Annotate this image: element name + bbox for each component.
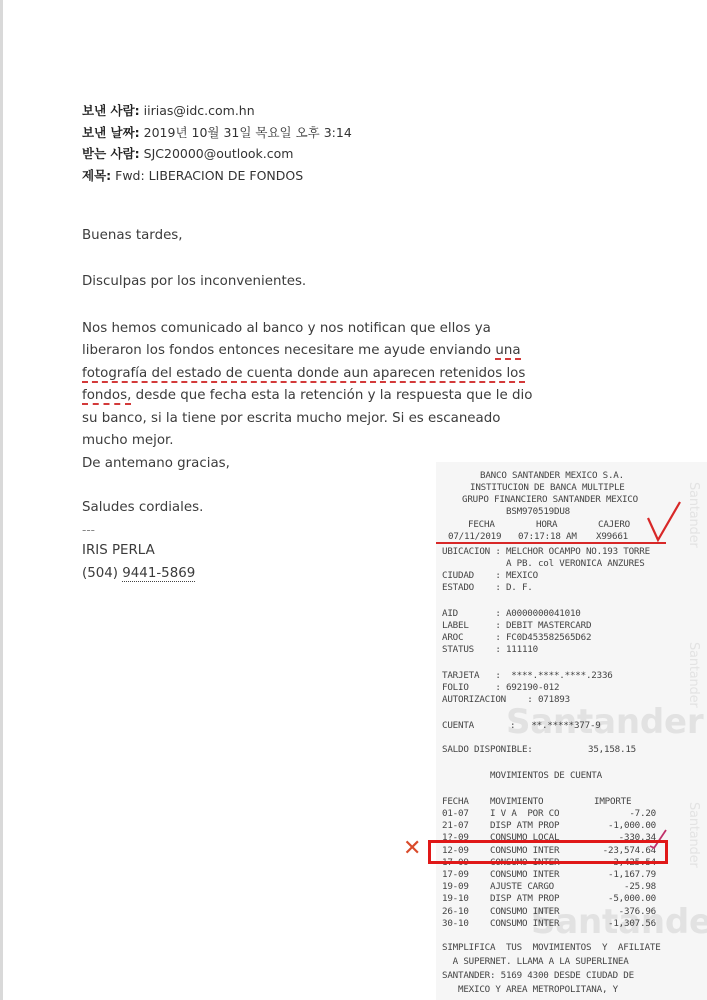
header-to: 받는 사람: SJC20000@outlook.com [82,143,542,165]
transaction-line: FOLIO : 692190-012 [442,682,559,694]
email-header: 보낸 사람: iirias@idc.com.hn 보낸 날짜: 2019년 10… [82,100,542,186]
signature-phone-line: (504) 9441-5869 [82,566,195,581]
movement-movimiento: CONSUMO INTER [490,906,559,918]
col-movimiento: MOVIMIENTO [490,796,543,808]
card-info-line: STATUS : 111110 [442,644,538,656]
phone-prefix: (504) [82,566,122,581]
saldo-value: 35,158.15 [588,744,636,756]
signature-separator: --- [82,523,95,537]
red-underline [436,542,666,544]
paragraph-part2: desde que fecha esta la retención y la r… [82,388,532,448]
transaction-line: TARJETA : ****.****.****.2336 [442,670,613,682]
saldo-label: SALDO DISPONIBLE: [442,744,533,756]
location-line: A PB. col VERONICA ANZURES [442,558,645,570]
phone-number[interactable]: 9441-5869 [122,566,195,582]
movement-fecha: 19-10 [442,893,469,905]
movement-fecha: 30-10 [442,918,469,930]
footer-line: SANTANDER: 5169 4300 DESDE CIUDAD DE [442,970,634,982]
cajero-label: CAJERO [598,519,630,531]
check-mark-icon [644,500,684,545]
col-importe: IMPORTE [594,796,631,808]
date-value: 2019년 10월 31일 목요일 오후 3:14 [144,125,352,140]
highlighted-transaction-box [428,840,668,864]
movements-title: MOVIMIENTOS DE CUENTA [490,770,602,782]
x-mark-icon: ✕ [403,836,421,861]
bank-rfc: BSM970519DU8 [506,506,570,518]
movement-fecha: 19-09 [442,881,469,893]
cuenta-label: CUENTA [442,720,474,732]
to-value: SJC20000@outlook.com [144,146,294,161]
bank-line: INSTITUCION DE BANCA MULTIPLE [470,482,625,494]
movement-movimiento: CONSUMO INTER [490,869,559,881]
movement-importe: -1,307.56 [608,918,656,930]
movement-movimiento: CONSUMO INTER [490,918,559,930]
movement-importe: -5,000.00 [608,893,656,905]
apology: Disculpas por los inconvenientes. [82,274,306,289]
closing: Saludes cordiales. [82,500,203,515]
card-info-line: AROC : FC0D453582565D62 [442,632,591,644]
movement-movimiento: DISP ATM PROP [490,820,559,832]
subject-value: Fwd: LIBERACION DE FONDOS [115,168,303,183]
main-paragraph: Nos hemos comunicado al banco y nos noti… [82,318,537,452]
footer-line: MEXICO Y AREA METROPOLITANA, Y [442,984,618,996]
movement-movimiento: I V A POR CO [490,808,559,820]
footer-line: A SUPERNET. LLAMA A LA SUPERLINEA [442,956,629,968]
greeting: Buenas tardes, [82,228,183,243]
movement-importe: -1,167.79 [608,869,656,881]
thanks: De antemano gracias, [82,456,230,471]
movement-importe: -25.98 [624,881,656,893]
header-subject: 제목: Fwd: LIBERACION DE FONDOS [82,165,542,187]
location-line: CIUDAD : MEXICO [442,570,538,582]
bank-line: BANCO SANTANDER MEXICO S.A. [480,470,624,482]
col-fecha: FECHA [442,796,469,808]
movement-fecha: 01-07 [442,808,469,820]
bank-line: GRUPO FINANCIERO SANTANDER MEXICO [462,494,638,506]
paragraph-part1: Nos hemos comunicado al banco y nos noti… [82,321,495,358]
to-label: 받는 사람: [82,146,140,161]
header-date: 보낸 날짜: 2019년 10월 31일 목요일 오후 3:14 [82,122,542,144]
transaction-line: AUTORIZACION : 071893 [442,694,570,706]
header-from: 보낸 사람: iirias@idc.com.hn [82,100,542,122]
location-line: ESTADO : D. F. [442,582,533,594]
card-info-line: AID : A0000000041010 [442,608,581,620]
location-line: UBICACION : MELCHOR OCAMPO NO.193 TORRE [442,546,650,558]
hora-label: HORA [536,519,557,531]
card-info-line: LABEL : DEBIT MASTERCARD [442,620,591,632]
movement-importe: -7.20 [629,808,656,820]
watermark-side-3: Santander [686,802,701,868]
fecha-label: FECHA [468,519,495,531]
movement-movimiento: DISP ATM PROP [490,893,559,905]
movement-fecha: 17-09 [442,869,469,881]
movement-importe: -376.96 [619,906,656,918]
movement-fecha: 21-07 [442,820,469,832]
signature-name: IRIS PERLA [82,543,155,558]
subject-label: 제목: [82,168,111,183]
date-label: 보낸 날짜: [82,125,140,140]
from-value: iirias@idc.com.hn [144,103,255,118]
movement-fecha: 26-10 [442,906,469,918]
movement-movimiento: AJUSTE CARGO [490,881,554,893]
watermark-side: Santander [686,482,701,548]
footer-line: SIMPLIFICA TUS MOVIMIENTOS Y AFILIATE [442,942,661,954]
scan-page-edge [0,0,3,1000]
from-label: 보낸 사람: [82,103,140,118]
cuenta-value: : **.*****377-9 [510,720,601,732]
watermark-side-2: Santander [686,642,701,708]
